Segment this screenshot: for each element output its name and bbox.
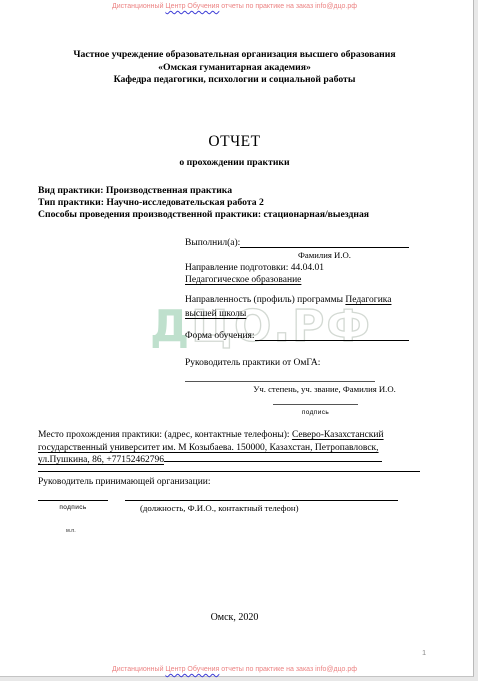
practice-methods: Способы проведения производственной прак…	[38, 209, 369, 221]
performer-section: Выполнил(а): Фамилия И.О. Направление по…	[185, 237, 409, 419]
promo-header: Дистанционный Центр Обучения отчеты по п…	[0, 3, 469, 10]
omga-signature-label: подпись	[273, 407, 358, 419]
report-subtitle: о прохождении практики	[0, 157, 469, 168]
org-line-3: Кафедра педагогики, психологии и социаль…	[0, 74, 469, 87]
profile-paragraph: Направленность (профиль) программы Педаг…	[185, 294, 409, 321]
study-form-blank-line	[255, 330, 409, 341]
host-signature-blank-line	[38, 500, 108, 501]
host-hints-row: подпись (должность, Ф.И.О., контактный т…	[38, 503, 420, 513]
omga-supervisor-blank-line	[185, 381, 375, 382]
practice-info: Вид практики: Производственная практика …	[38, 185, 369, 222]
stamp-placeholder: м.п.	[66, 528, 420, 534]
promo-footer: Дистанционный Центр Обучения отчеты по п…	[0, 666, 469, 673]
direction-name: Педагогическое образование	[185, 274, 409, 286]
performer-name-hint: Фамилия И.О.	[185, 249, 409, 261]
city-year: Омск, 2020	[0, 612, 469, 623]
practice-place-label: Место прохождения практики: (адрес, конт…	[38, 430, 292, 440]
omga-supervisor-label: Руководитель практики от ОмГА:	[185, 357, 409, 369]
study-form-label: Форма обучения:	[185, 330, 255, 342]
page-number: 1	[422, 648, 426, 657]
practice-place-section: Место прохождения практики: (адрес, конт…	[38, 429, 420, 472]
practice-kind: Вид практики: Производственная практика	[38, 185, 369, 197]
promo-prefix: Дистанционный	[112, 3, 165, 10]
performer-row: Выполнил(а):	[185, 237, 409, 249]
promo-prefix: Дистанционный	[112, 666, 165, 673]
promo-suffix: отчеты по практике на заказ info@дцо.рф	[219, 666, 357, 673]
study-form-row: Форма обучения:	[185, 330, 409, 342]
promo-wavy-text: Центр Обучения	[165, 3, 219, 10]
host-blank-lines	[38, 500, 398, 501]
page-content: Дистанционный Центр Обучения отчеты по п…	[0, 0, 473, 676]
direction-code: Направление подготовки: 44.04.01	[185, 262, 409, 274]
host-signature-label: подпись	[38, 503, 108, 513]
org-line-2: «Омская гуманитарная академия»	[0, 62, 469, 75]
promo-wavy-text: Центр Обучения	[165, 666, 219, 673]
practice-type: Тип практики: Научно-исследовательская р…	[38, 197, 369, 209]
omga-supervisor-hint: Уч. степень, уч. звание, Фамилия И.О.	[185, 383, 409, 395]
separator-rule	[38, 471, 420, 472]
performer-blank-line	[240, 237, 409, 248]
document-page: ДЦО.РФ Дистанционный Центр Обучения отче…	[0, 0, 474, 677]
host-info-hint: (должность, Ф.И.О., контактный телефон)	[140, 503, 299, 513]
practice-place-blank-line	[164, 454, 382, 462]
practice-place-paragraph: Место прохождения практики: (адрес, конт…	[38, 429, 420, 467]
organization-header: Частное учреждение образовательная орган…	[0, 49, 469, 87]
host-info-blank-line	[125, 500, 398, 501]
host-organization-section: Руководитель принимающей организации: по…	[38, 477, 420, 534]
org-line-1: Частное учреждение образовательная орган…	[0, 49, 469, 62]
report-title: ОТЧЕТ	[0, 133, 469, 151]
performer-label: Выполнил(а):	[185, 237, 240, 249]
host-label: Руководитель принимающей организации:	[38, 477, 420, 487]
omga-signature-blank-line	[273, 404, 358, 405]
profile-label: Направленность (профиль) программы	[185, 295, 345, 305]
promo-suffix: отчеты по практике на заказ info@дцо.рф	[219, 3, 357, 10]
